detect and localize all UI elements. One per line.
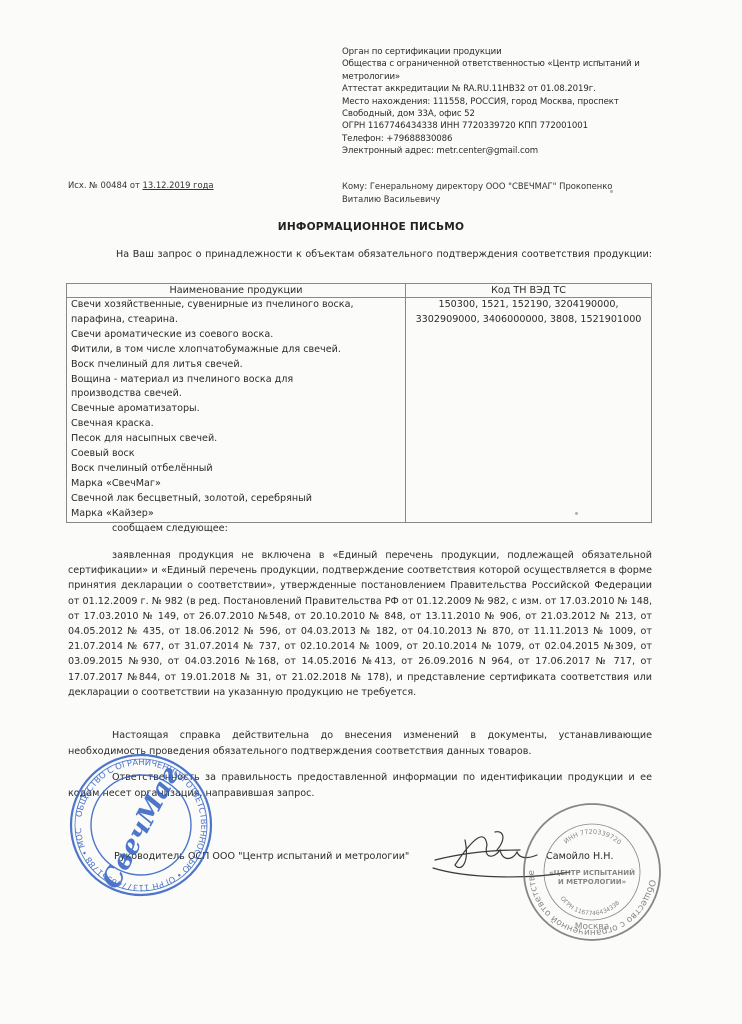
org-line: ОГРН 1167746434338 ИНН 7720339720 КПП 77… — [342, 120, 672, 132]
product-item: Свечи ароматические из соевого воска. — [71, 328, 401, 343]
product-item: Марка «Кайзер» — [71, 507, 401, 522]
outgoing-prefix: Исх. № 00484 от — [68, 180, 143, 190]
svg-text:«ЦЕНТР ИСПЫТАНИЙ: «ЦЕНТР ИСПЫТАНИЙ — [549, 868, 635, 877]
body-paragraph-main: заявленная продукция не включена в «Един… — [68, 548, 652, 700]
org-line: Свободный, дом 33А, офис 52 — [342, 108, 672, 120]
org-line: метрологии» — [342, 71, 672, 83]
recipient-line: Кому: Генеральному директору ООО "СВЕЧМА… — [342, 180, 672, 193]
column-header-code: Код ТН ВЭД ТС — [406, 284, 652, 298]
org-line: Место нахождения: 111558, РОССИЯ, город … — [342, 96, 672, 108]
column-header-product: Наименование продукции — [67, 284, 406, 298]
product-list-cell: Свечи хозяйственные, сувенирные из пчели… — [67, 298, 406, 523]
org-line: Орган по сертификации продукции — [342, 46, 672, 58]
product-item: парафина, стеарина. — [71, 313, 401, 328]
outgoing-number: Исх. № 00484 от 13.12.2019 года — [68, 180, 214, 190]
certification-body-stamp-icon: Общество с ограниченной ответственностью… — [517, 797, 667, 947]
intro-paragraph: На Ваш запрос о принадлежности к объекта… — [68, 248, 652, 275]
product-item: Воск пчелиный отбелённый — [71, 462, 401, 477]
outgoing-date: 13.12.2019 года — [143, 180, 214, 190]
product-item: Воск пчелиный для литья свечей. — [71, 358, 401, 373]
products-table: Наименование продукции Код ТН ВЭД ТС Све… — [66, 283, 652, 523]
product-item: Свечи хозяйственные, сувенирные из пчели… — [71, 298, 401, 313]
table-row: Свечи хозяйственные, сувенирные из пчели… — [67, 298, 652, 523]
product-item: Свечные ароматизаторы. — [71, 402, 401, 417]
table-header-row: Наименование продукции Код ТН ВЭД ТС — [67, 284, 652, 298]
product-item: Марка «СвечМаг» — [71, 477, 401, 492]
org-line: Телефон: +79688830086 — [342, 133, 672, 145]
scan-speck — [575, 512, 578, 515]
product-item: Свечная краска. — [71, 417, 401, 432]
certification-body-header: Орган по сертификации продукции Общества… — [342, 46, 672, 158]
svg-text:ИНН 7720339720: ИНН 7720339720 — [562, 828, 623, 847]
svg-text:И МЕТРОЛОГИИ»: И МЕТРОЛОГИИ» — [558, 878, 626, 886]
product-item: Свечной лак бесцветный, золотой, серебря… — [71, 492, 401, 507]
recipient: Кому: Генеральному директору ООО "СВЕЧМА… — [342, 180, 672, 205]
product-item: Соевый воск — [71, 447, 401, 462]
product-item: Вощина - материал из пчелиного воска для — [71, 373, 401, 388]
svg-text:Москва: Москва — [575, 922, 609, 932]
scan-speck — [610, 190, 613, 193]
product-item: производства свечей. — [71, 387, 401, 402]
product-item: Фитили, в том числе хлопчатобумажные для… — [71, 343, 401, 358]
notify-text: сообщаем следующее: — [112, 523, 228, 534]
org-line: Электронный адрес: metr.center@gmail.com — [342, 145, 672, 157]
product-item: Песок для насыпных свечей. — [71, 432, 401, 447]
org-line: Общества с ограниченной ответственностью… — [342, 58, 672, 70]
document-page: Орган по сертификации продукции Общества… — [0, 0, 742, 1024]
letter-title: ИНФОРМАЦИОННОЕ ПИСЬМО — [0, 221, 742, 233]
org-line: Аттестат аккредитации № RA.RU.11НВ32 от … — [342, 83, 672, 95]
recipient-line: Виталию Васильевичу — [342, 193, 672, 206]
code-cell: 150300, 1521, 152190, 3204190000, 330290… — [406, 298, 652, 523]
company-stamp-icon: ОБЩЕСТВО С ОГРАНИЧЕННОЙ ОТВЕТСТВЕННОСТЬЮ… — [66, 750, 216, 900]
scan-speck — [597, 60, 600, 63]
